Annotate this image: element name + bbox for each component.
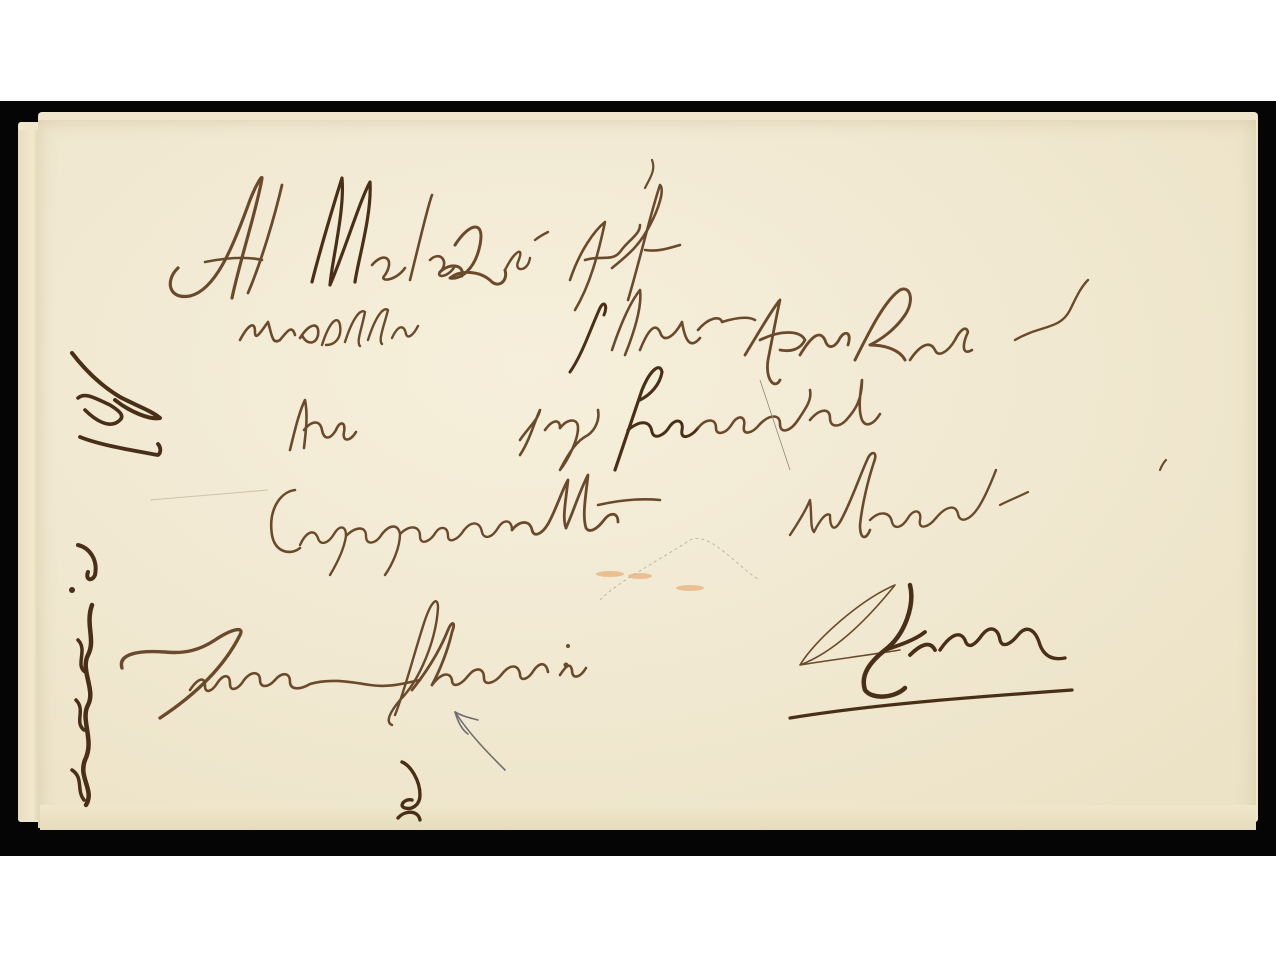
letter-sheet [38,120,1256,828]
letter-bottom-fold [40,805,1256,830]
